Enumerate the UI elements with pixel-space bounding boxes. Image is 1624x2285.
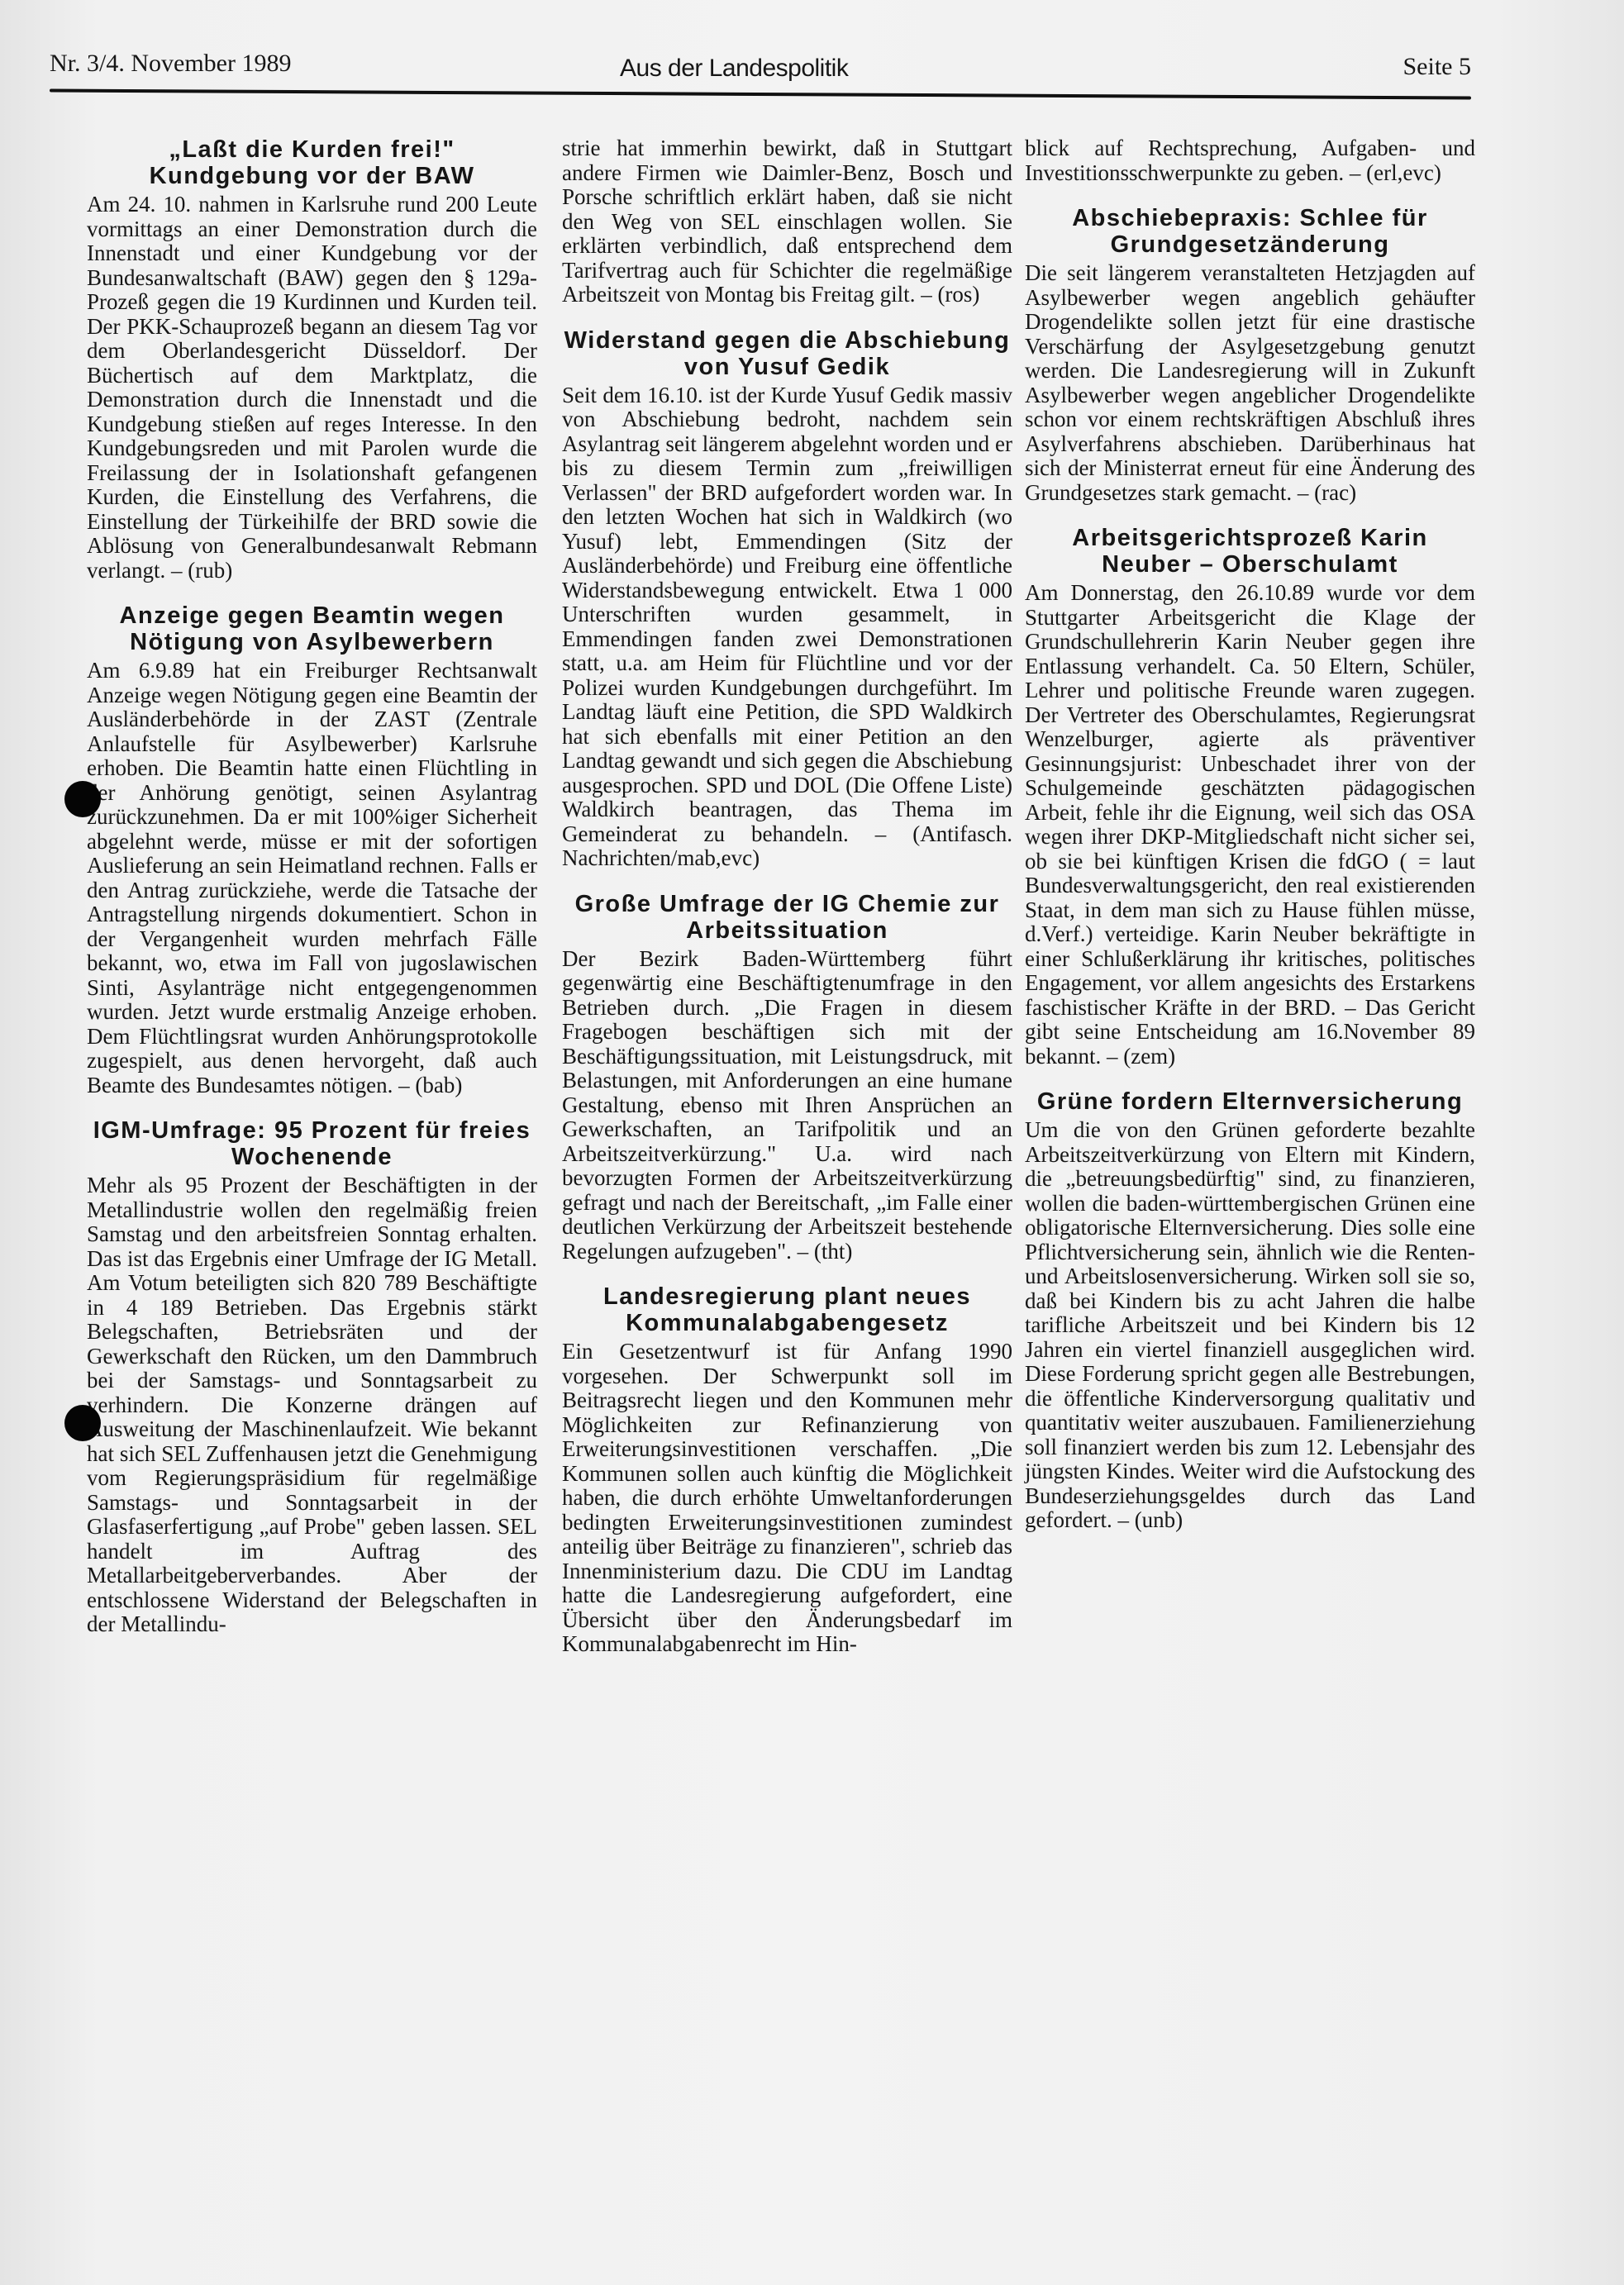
article-headline: „Laßt die Kurden frei!" Kundgebung vor d…	[87, 136, 537, 189]
section-title: Aus der Landespolitik	[620, 55, 848, 83]
article-headline: Große Umfrage der IG Chemie zur Arbeitss…	[562, 891, 1012, 944]
page-number: Seite 5	[1403, 53, 1472, 81]
article-headline: Grüne fordern Elternversicherung	[1025, 1088, 1475, 1115]
column-2: strie hat immerhin bewirkt, daß in Stutt…	[562, 136, 1012, 1657]
column-1: „Laßt die Kurden frei!" Kundgebung vor d…	[87, 136, 537, 1637]
column-3: blick auf Rechtsprechung, Aufgaben- und …	[1025, 136, 1475, 1533]
article-headline: Arbeitsgerichtsprozeß Karin Neuber – Obe…	[1025, 525, 1475, 578]
article-body: Am 6.9.89 hat ein Freiburger Rechtsanwal…	[87, 659, 537, 1097]
article-body: Am 24. 10. nahmen in Karlsruhe rund 200 …	[87, 193, 537, 583]
article-headline: Widerstand gegen die Abschiebung von Yus…	[562, 327, 1012, 380]
article-body: Am Donnerstag, den 26.10.89 wurde vor de…	[1025, 581, 1475, 1069]
article-headline: Abschiebepraxis: Schlee für Grundgesetzä…	[1025, 205, 1475, 258]
article-headline: Landesregierung plant neues Kommunalabga…	[562, 1283, 1012, 1336]
article-body: Der Bezirk Baden-Württemberg führt gegen…	[562, 947, 1012, 1264]
article-body: blick auf Rechtsprechung, Aufgaben- und …	[1025, 136, 1475, 185]
article-body: Seit dem 16.10. ist der Kurde Yusuf Gedi…	[562, 383, 1012, 871]
article-body: Die seit längerem veranstalteten Hetzjag…	[1025, 261, 1475, 505]
article-body: strie hat immerhin bewirkt, daß in Stutt…	[562, 136, 1012, 307]
article-body: Mehr als 95 Prozent der Beschäftigten in…	[87, 1173, 537, 1637]
running-header: Nr. 3/4. November 1989 Aus der Landespol…	[50, 43, 1471, 93]
article-headline: Anzeige gegen Beamtin wegen Nötigung von…	[87, 602, 537, 655]
article-body: Um die von den Grünen geforderte bezahlt…	[1025, 1118, 1475, 1533]
scanned-page: Nr. 3/4. November 1989 Aus der Landespol…	[0, 0, 1624, 2285]
article-headline: IGM-Umfrage: 95 Prozent für freies Woche…	[87, 1117, 537, 1170]
punch-hole-mark	[64, 1405, 101, 1441]
article-body: Ein Gesetzentwurf ist für Anfang 1990 vo…	[562, 1340, 1012, 1657]
issue-number: Nr. 3/4. November 1989	[50, 50, 291, 78]
punch-hole-mark	[64, 781, 101, 817]
